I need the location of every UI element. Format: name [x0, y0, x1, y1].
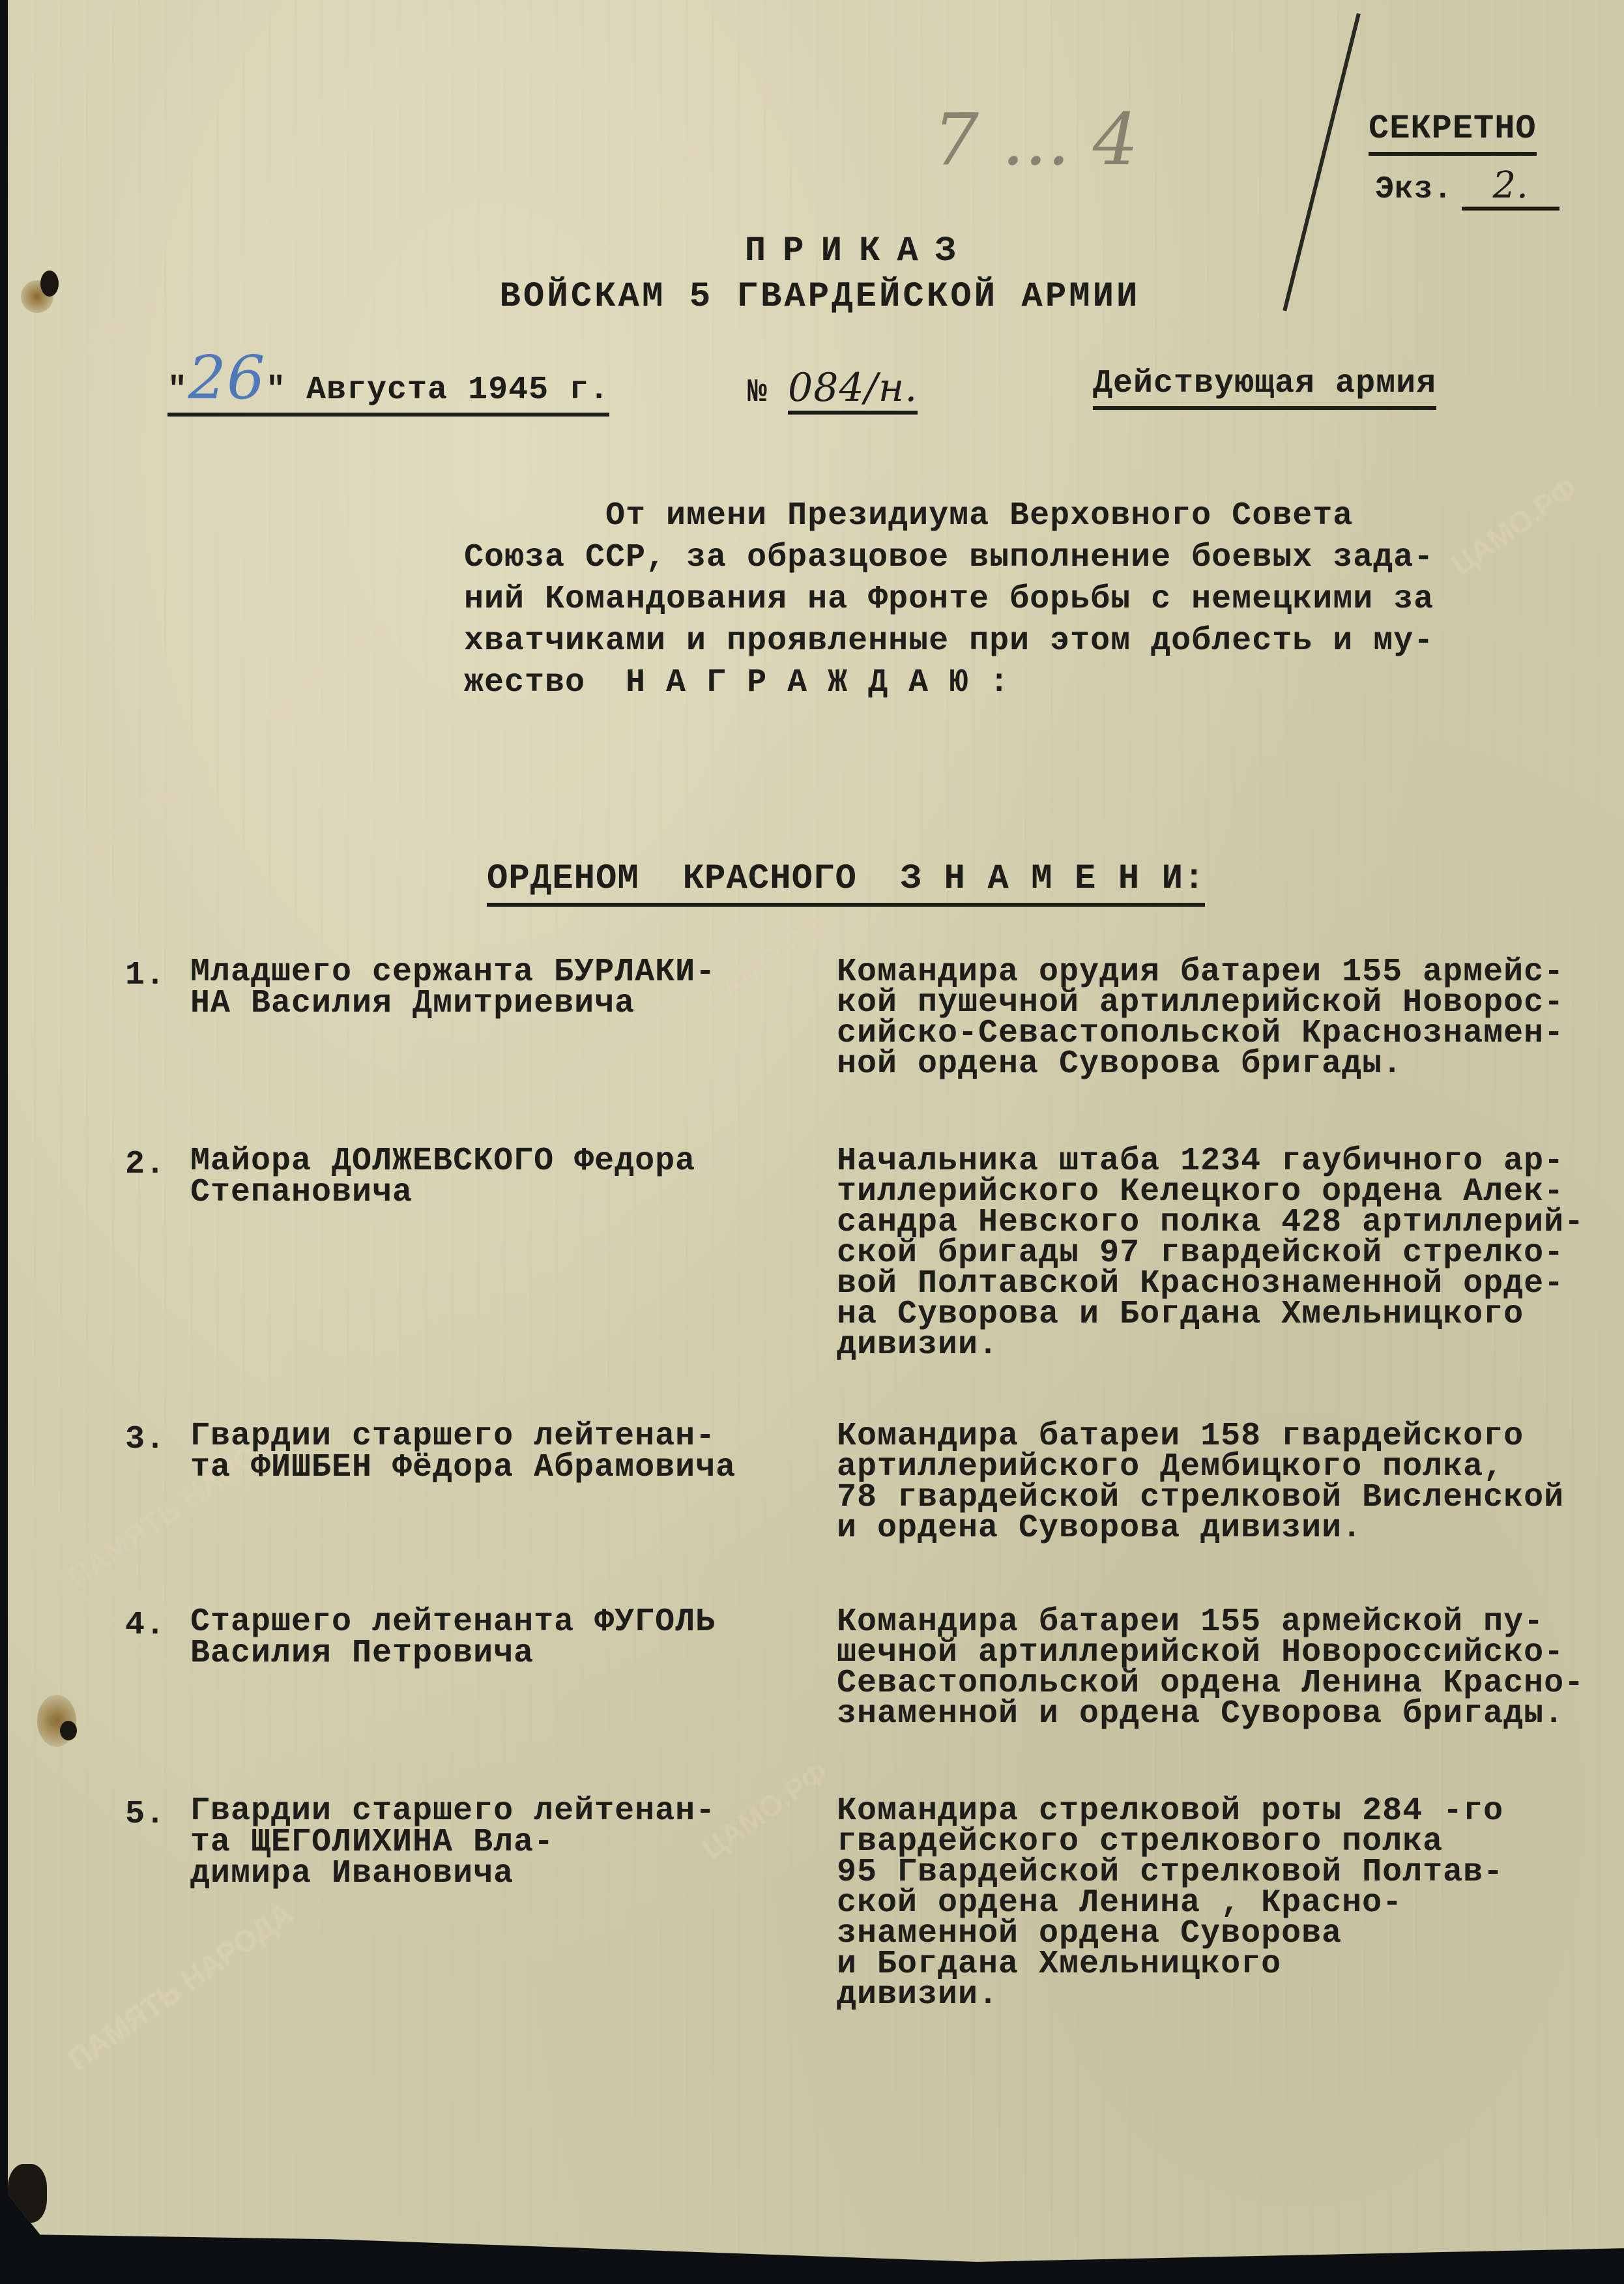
punch-hole — [8, 2164, 47, 2223]
number-sign: № — [747, 374, 768, 411]
document-title: ПРИКАЗ — [8, 231, 1624, 271]
document-page: ЦАМО.РФ ПАМЯТЬ НАРОДА ЦАМО.РФ ПАМЯТЬ НАР… — [8, 0, 1624, 2262]
watermark: ПАМЯТЬ НАРОДА — [61, 1896, 300, 2077]
recipient-name: Младшего сержанта БУРЛАКИ- НА Василия Дм… — [190, 957, 796, 1019]
copy-label: Экз. — [1375, 172, 1453, 207]
watermark: ЦАМО.РФ — [650, 72, 789, 184]
preamble-line: жество Н А Г Р А Ж Д А Ю : — [464, 662, 1520, 704]
handwritten-number: 084/н. — [788, 365, 918, 415]
order-number: № 084/н. — [747, 365, 918, 415]
copy-number: 2. — [1462, 164, 1559, 211]
recipient-name: Старшего лейтенанта ФУГОЛЬ Василия Петро… — [190, 1607, 796, 1669]
copy-number-field: Экз.2. — [1375, 164, 1559, 211]
preamble-line: Союза ССР, за образцовое выполнение боев… — [464, 537, 1520, 579]
document-subtitle: ВОЙСКАМ 5 ГВАРДЕЙСКОЙ АРМИИ — [8, 277, 1624, 317]
entry-number: 3. — [125, 1421, 166, 1458]
entry-number: 1. — [125, 957, 166, 994]
preamble-line: ний Командования на Фронте борьбы с неме… — [464, 579, 1520, 621]
faint-stamp: 7 ... 4 — [933, 98, 1138, 181]
recipient-position: Командира стрелковой роты 284 -го гварде… — [837, 1796, 1624, 2010]
preamble-line: От имени Президиума Верховного Совета — [464, 495, 1520, 537]
classification-label: СЕКРЕТНО — [1369, 110, 1537, 156]
recipient-position: Командира батареи 155 армейской пу- шечн… — [837, 1607, 1624, 1729]
preamble: От имени Президиума Верховного Совета Со… — [464, 495, 1520, 704]
preamble-line: хватчиками и проявленные при этом доблес… — [464, 621, 1520, 662]
handwritten-day: 26 — [188, 365, 266, 391]
recipient-position: Командира орудия батареи 155 армейс- кой… — [837, 957, 1624, 1079]
recipient-name: Гвардии старшего лейтенан- та ФИШБЕН Фёд… — [190, 1421, 796, 1484]
order-date: "26" Августа 1945 г. — [167, 365, 609, 417]
entry-number: 2. — [125, 1146, 166, 1183]
entry-number: 4. — [125, 1607, 166, 1644]
award-heading: ОРДЕНОМ КРАСНОГО З Н А М Е Н И: — [487, 859, 1205, 907]
month-year: Августа 1945 г. — [306, 372, 609, 409]
entry-number: 5. — [125, 1796, 166, 1833]
recipient-position: Командира батареи 158 гвардейского артил… — [837, 1421, 1624, 1544]
recipient-name: Гвардии старшего лейтенан- та ЩЕГОЛИХИНА… — [190, 1796, 796, 1890]
watermark: ПАМЯТЬ НАРОДА — [61, 696, 300, 878]
recipient-name: Майора ДОЛЖЕВСКОГО Федора Степановича — [190, 1146, 796, 1208]
punch-hole — [60, 1721, 77, 1740]
location-label: Действующая армия — [1093, 365, 1436, 410]
watermark: ЦАМО.РФ — [259, 613, 398, 725]
recipient-position: Начальника штаба 1234 гаубичного ар- тил… — [837, 1146, 1624, 1360]
